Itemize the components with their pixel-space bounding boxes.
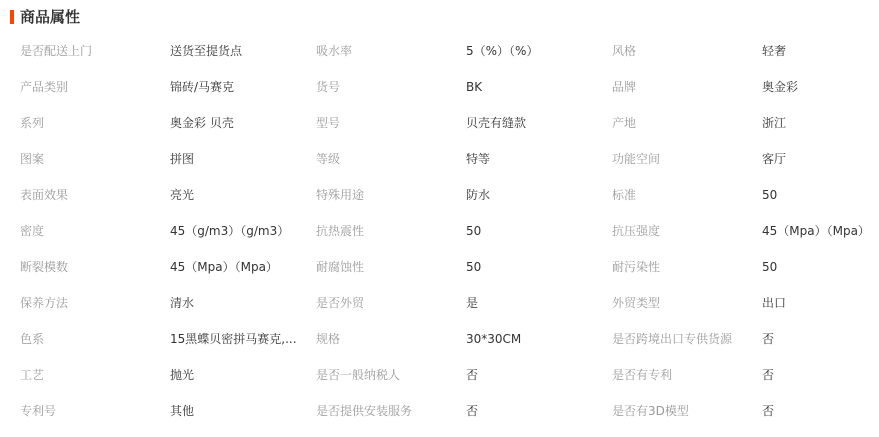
attribute-value: 50 (466, 213, 601, 249)
attribute-value: 50 (762, 177, 877, 213)
attribute-label: 保养方法 (20, 285, 160, 321)
attribute-value: 奥金彩 (762, 69, 877, 105)
attribute-value: BK (466, 69, 601, 105)
attribute-label: 是否提供安装服务 (316, 393, 456, 429)
attribute-row: 工艺 抛光 是否一般纳税人 否 是否有专利 否 (0, 357, 879, 393)
attribute-value: 5（%）（%） (466, 33, 601, 69)
attribute-label: 外贸类型 (612, 285, 752, 321)
attribute-label: 功能空间 (612, 141, 752, 177)
attribute-label: 型号 (316, 105, 456, 141)
attribute-row: 色系 15黑蝶贝密拼马赛克,... 规格 30*30CM 是否跨境出口专供货源 … (0, 321, 879, 357)
attribute-label: 耐腐蚀性 (316, 249, 456, 285)
attribute-value: 否 (762, 393, 877, 429)
attribute-label: 产品类别 (20, 69, 160, 105)
attribute-label: 是否配送上门 (20, 33, 160, 69)
attribute-row: 图案 拼图 等级 特等 功能空间 客厅 (0, 141, 879, 177)
attribute-label: 是否有3D模型 (612, 393, 752, 429)
attribute-value: 防水 (466, 177, 601, 213)
attribute-value: 轻奢 (762, 33, 877, 69)
attribute-label: 系列 (20, 105, 160, 141)
attribute-label: 规格 (316, 321, 456, 357)
attribute-value: 浙江 (762, 105, 877, 141)
attribute-value: 送货至提货点 (170, 33, 305, 69)
attribute-label: 色系 (20, 321, 160, 357)
attribute-value: 奥金彩 贝壳 (170, 105, 305, 141)
attribute-row: 保养方法 清水 是否外贸 是 外贸类型 出口 (0, 285, 879, 321)
attribute-row: 系列 奥金彩 贝壳 型号 贝壳有缝款 产地 浙江 (0, 105, 879, 141)
attribute-value: 锦砖/马赛克 (170, 69, 305, 105)
attribute-label: 等级 (316, 141, 456, 177)
attribute-label: 是否有专利 (612, 357, 752, 393)
attribute-value: 贝壳有缝款 (466, 105, 601, 141)
attribute-value: 拼图 (170, 141, 305, 177)
attribute-value: 否 (762, 357, 877, 393)
attribute-label: 是否一般纳税人 (316, 357, 456, 393)
attribute-value: 45（Mpa）（Mpa） (170, 249, 305, 285)
attribute-row: 表面效果 亮光 特殊用途 防水 标准 50 (0, 177, 879, 213)
attribute-label: 是否外贸 (316, 285, 456, 321)
attribute-row: 是否配送上门 送货至提货点 吸水率 5（%）（%） 风格 轻奢 (0, 33, 879, 69)
header-accent-bar (10, 10, 14, 24)
attribute-label: 耐污染性 (612, 249, 752, 285)
attribute-row: 产品类别 锦砖/马赛克 货号 BK 品牌 奥金彩 (0, 69, 879, 105)
attribute-label: 抗热震性 (316, 213, 456, 249)
attribute-row: 断裂模数 45（Mpa）（Mpa） 耐腐蚀性 50 耐污染性 50 (0, 249, 879, 285)
attribute-label: 风格 (612, 33, 752, 69)
attribute-value: 45（Mpa）（Mpa） (762, 213, 877, 249)
attribute-label: 产地 (612, 105, 752, 141)
attribute-value: 亮光 (170, 177, 305, 213)
attribute-value: 特等 (466, 141, 601, 177)
attribute-value: 否 (466, 393, 601, 429)
attribute-label: 表面效果 (20, 177, 160, 213)
attribute-value: 客厅 (762, 141, 877, 177)
attribute-label: 是否跨境出口专供货源 (612, 321, 752, 357)
attribute-value: 其他 (170, 393, 305, 429)
attribute-value: 出口 (762, 285, 877, 321)
section-header: 商品属性 (0, 0, 879, 34)
attribute-value: 是 (466, 285, 601, 321)
attribute-row: 专利号 其他 是否提供安装服务 否 是否有3D模型 否 (0, 393, 879, 429)
attribute-label: 抗压强度 (612, 213, 752, 249)
attribute-row: 密度 45（g/m3）（g/m3） 抗热震性 50 抗压强度 45（Mpa）（M… (0, 213, 879, 249)
attribute-value: 50 (466, 249, 601, 285)
attribute-label: 标准 (612, 177, 752, 213)
section-title: 商品属性 (20, 7, 80, 27)
attribute-value: 45（g/m3）（g/m3） (170, 213, 305, 249)
attribute-value: 50 (762, 249, 877, 285)
attribute-value: 30*30CM (466, 321, 601, 357)
attribute-label: 密度 (20, 213, 160, 249)
attribute-label: 专利号 (20, 393, 160, 429)
attributes-table: 是否配送上门 送货至提货点 吸水率 5（%）（%） 风格 轻奢 产品类别 锦砖/… (0, 33, 879, 429)
attribute-label: 品牌 (612, 69, 752, 105)
attribute-value: 抛光 (170, 357, 305, 393)
attribute-value: 清水 (170, 285, 305, 321)
attribute-label: 货号 (316, 69, 456, 105)
attribute-value: 否 (762, 321, 877, 357)
attribute-label: 图案 (20, 141, 160, 177)
attribute-value: 否 (466, 357, 601, 393)
attribute-label: 断裂模数 (20, 249, 160, 285)
attribute-label: 吸水率 (316, 33, 456, 69)
attribute-value: 15黑蝶贝密拼马赛克,... (170, 321, 305, 357)
attribute-label: 特殊用途 (316, 177, 456, 213)
attribute-label: 工艺 (20, 357, 160, 393)
